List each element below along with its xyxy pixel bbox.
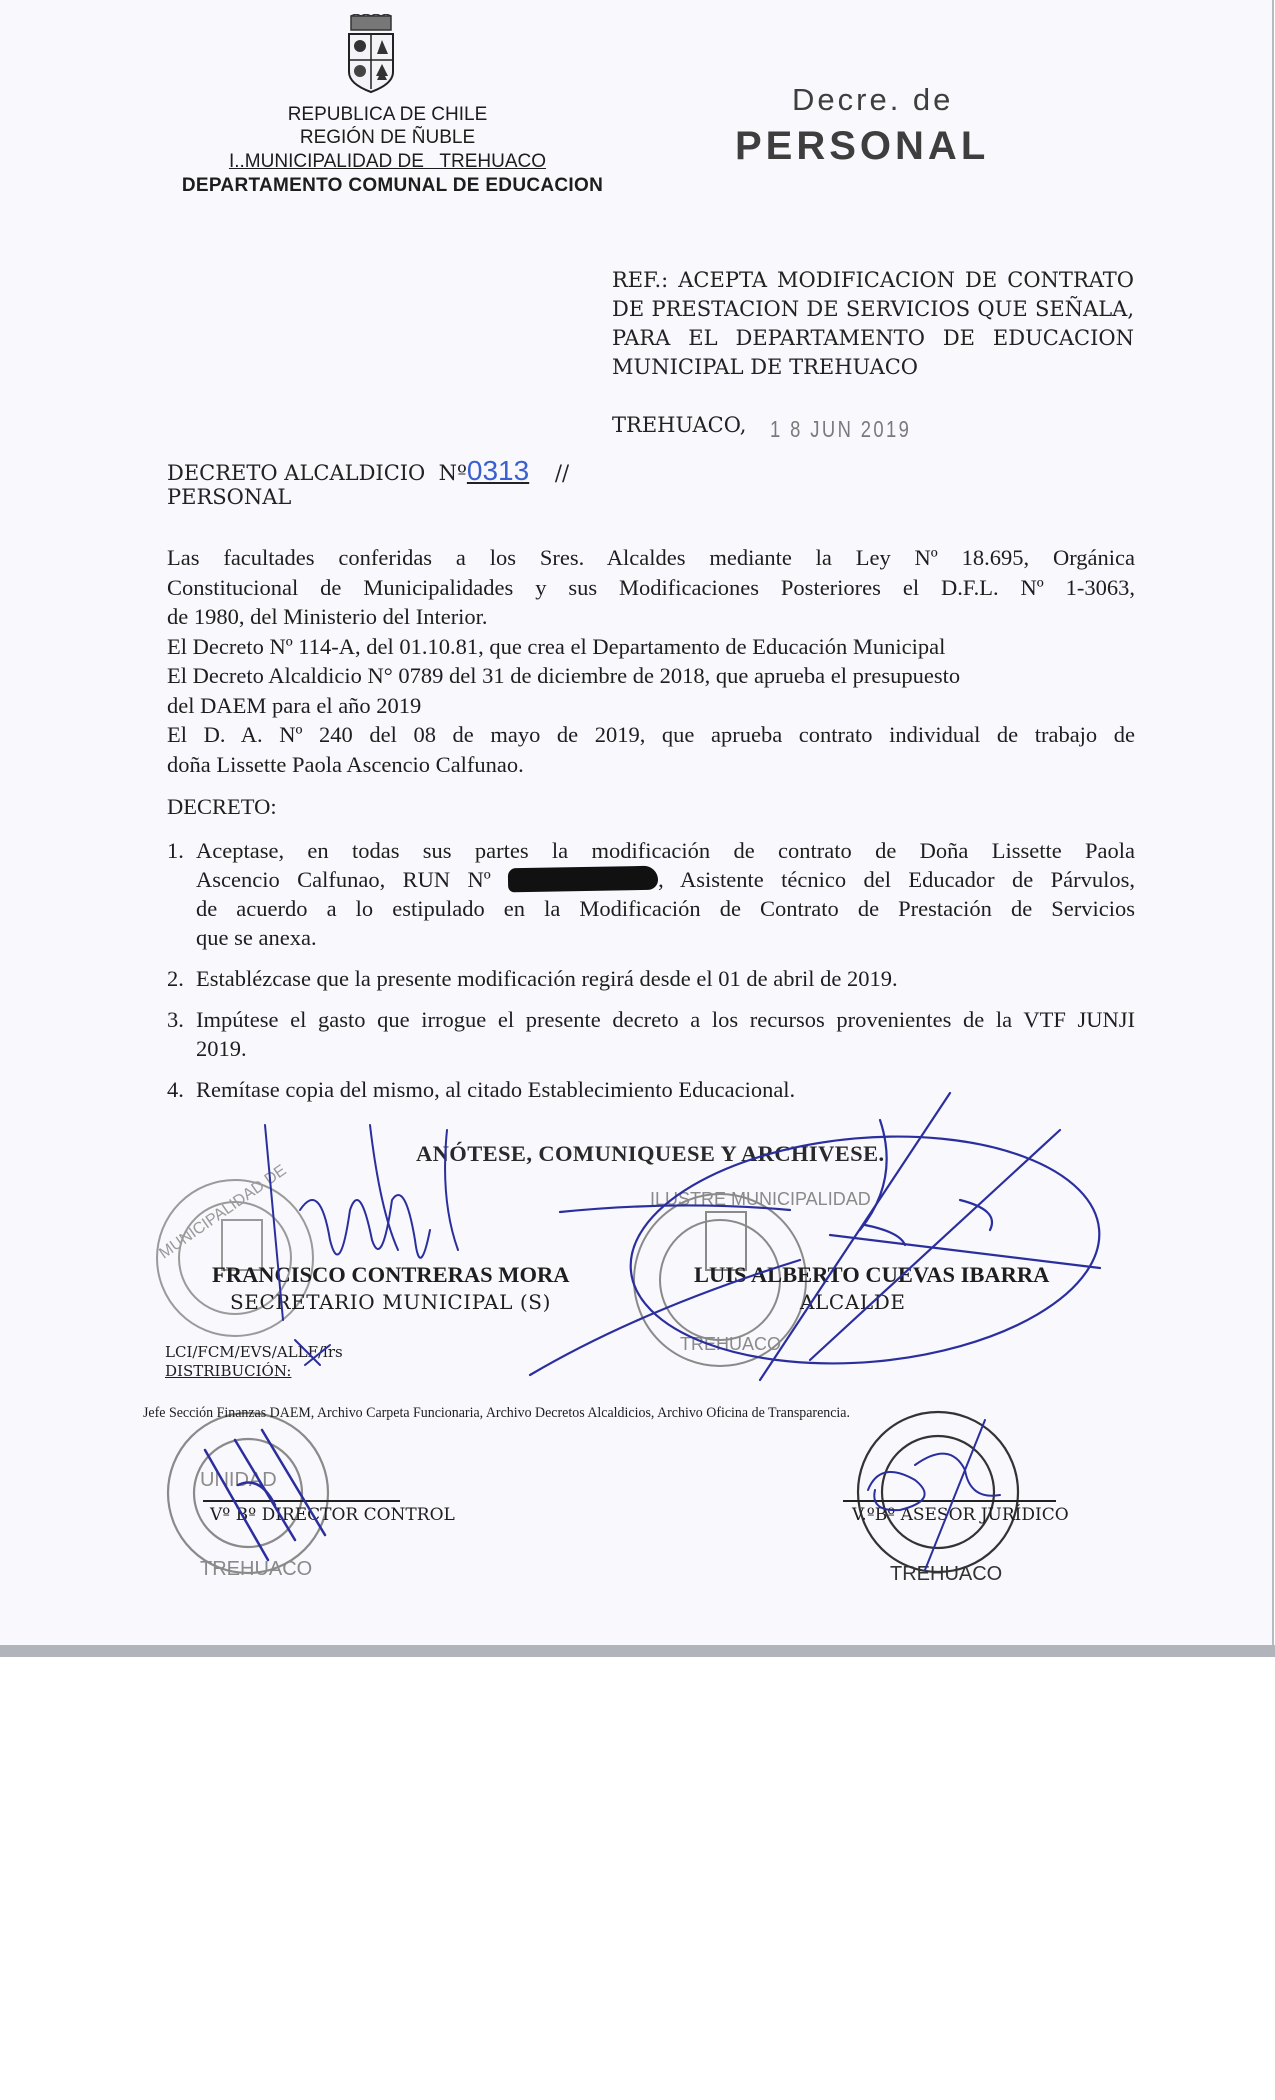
right-signatory-name: LUIS ALBERTO CUEVAS IBARRA	[694, 1262, 1049, 1288]
item-text: , Asistente técnico del Educador de Párv…	[658, 867, 1135, 892]
decree-type: PERSONAL	[167, 485, 291, 509]
considerando-line: Constitucional de Municipalidades y sus …	[167, 573, 1135, 603]
considerando-line: El Decreto Nº 114-A, del 01.10.81, que c…	[167, 632, 1135, 662]
item-line: 2019.	[196, 1034, 1135, 1063]
resolution-item-1: 1. Aceptase, en todas sus partes la modi…	[167, 836, 1135, 952]
considerando-line: de 1980, del Ministerio del Interior.	[167, 602, 1135, 632]
decree-number-handwritten: 0313	[467, 455, 555, 487]
page-bottom-edge	[0, 1645, 1275, 1657]
item-text: Ascencio Calfunao, RUN Nº	[196, 867, 491, 892]
vb-control-signature-line	[203, 1500, 400, 1502]
resolution-item-3: 3. Impútese el gasto que irrogue el pres…	[167, 1005, 1135, 1063]
considerando-line: El D. A. Nº 240 del 08 de mayo de 2019, …	[167, 720, 1135, 750]
responsibility-initials: LCI/FCM/EVS/ALLF/lrs	[165, 1343, 343, 1361]
redacted-run-number	[508, 866, 658, 893]
item-number: 4.	[167, 1075, 184, 1104]
reference-block: REF.: ACEPTA MODIFICACION DE CONTRATO DE…	[612, 266, 1134, 382]
stamp-decree-type-line2: PERSONAL	[735, 124, 989, 169]
header-municipality: I..MUNICIPALIDAD DE TREHUACO	[160, 151, 615, 173]
reference-line: REF.: ACEPTA MODIFICACION DE CONTRATO	[612, 266, 1134, 295]
left-signatory-role: SECRETARIO MUNICIPAL (S)	[230, 1290, 551, 1314]
date-stamp: 1 8 JUN 2019	[770, 416, 911, 443]
considerando-line: El Decreto Alcaldicio N° 0789 del 31 de …	[167, 661, 1135, 691]
header-department: DEPARTAMENTO COMUNAL DE EDUCACION	[150, 175, 635, 197]
resolution-items: 1. Aceptase, en todas sus partes la modi…	[167, 836, 1135, 1116]
vb-juridico-signature-line	[843, 1500, 1056, 1502]
place-label: TREHUACO,	[612, 413, 746, 437]
decree-number-suffix: //	[555, 461, 569, 485]
item-line: Impútese el gasto que irrogue el present…	[196, 1005, 1135, 1034]
resolution-item-2: 2. Establézcase que la presente modifica…	[167, 964, 1135, 993]
left-signatory-name: FRANCISCO CONTRERAS MORA	[212, 1262, 570, 1288]
item-line: Establézcase que la presente modificació…	[196, 964, 1135, 993]
reference-line: MUNICIPAL DE TREHUACO	[612, 353, 1134, 382]
considerandos: Las facultades conferidas a los Sres. Al…	[167, 543, 1135, 779]
header-country: REPUBLICA DE CHILE	[160, 104, 615, 126]
item-line: Aceptase, en todas sus partes la modific…	[196, 836, 1135, 865]
item-line: de acuerdo a lo estipulado en la Modific…	[196, 894, 1135, 923]
considerando-line: doña Lissette Paola Ascencio Calfunao.	[167, 750, 1135, 780]
distribution-list: Jefe Sección Finanzas DAEM, Archivo Carp…	[143, 1405, 850, 1422]
considerando-line: del DAEM para el año 2019	[167, 691, 1135, 721]
municipal-coat-of-arms-icon	[343, 14, 399, 94]
reference-line: PARA EL DEPARTAMENTO DE EDUCACION	[612, 324, 1134, 353]
distribution-label: DISTRIBUCIÓN:	[165, 1362, 291, 1380]
item-number: 2.	[167, 964, 184, 993]
vb-juridico-label: V.ºBº ASESOR JURÍDICO	[852, 1505, 1069, 1525]
item-line: que se anexa.	[196, 923, 1135, 952]
reference-line: DE PRESTACION DE SERVICIOS QUE SEÑALA,	[612, 295, 1134, 324]
resolution-heading: DECRETO:	[167, 794, 277, 820]
stamp-decree-type-line1: Decre. de	[792, 82, 953, 118]
scanned-document-page	[0, 0, 1274, 1645]
decree-number-label: DECRETO ALCALDICIO Nº	[167, 461, 467, 485]
header-region: REGIÓN DE ÑUBLE	[160, 127, 615, 149]
item-number: 3.	[167, 1005, 184, 1034]
item-number: 1.	[167, 836, 184, 865]
item-line-with-redaction: Ascencio Calfunao, RUN Nº , Asistente té…	[196, 865, 1135, 894]
decree-number-line: DECRETO ALCALDICIO Nº0313//	[167, 455, 569, 487]
right-signatory-role: ALCALDE	[800, 1290, 906, 1314]
considerando-line: Las facultades conferidas a los Sres. Al…	[167, 543, 1135, 573]
resolution-item-4: 4. Remítase copia del mismo, al citado E…	[167, 1075, 1135, 1104]
vb-control-label: Vº Bº DIRECTOR CONTROL	[210, 1505, 455, 1525]
closing-formula: ANÓTESE, COMUNIQUESE Y ARCHIVESE.	[416, 1141, 885, 1167]
item-line: Remítase copia del mismo, al citado Esta…	[196, 1075, 1135, 1104]
